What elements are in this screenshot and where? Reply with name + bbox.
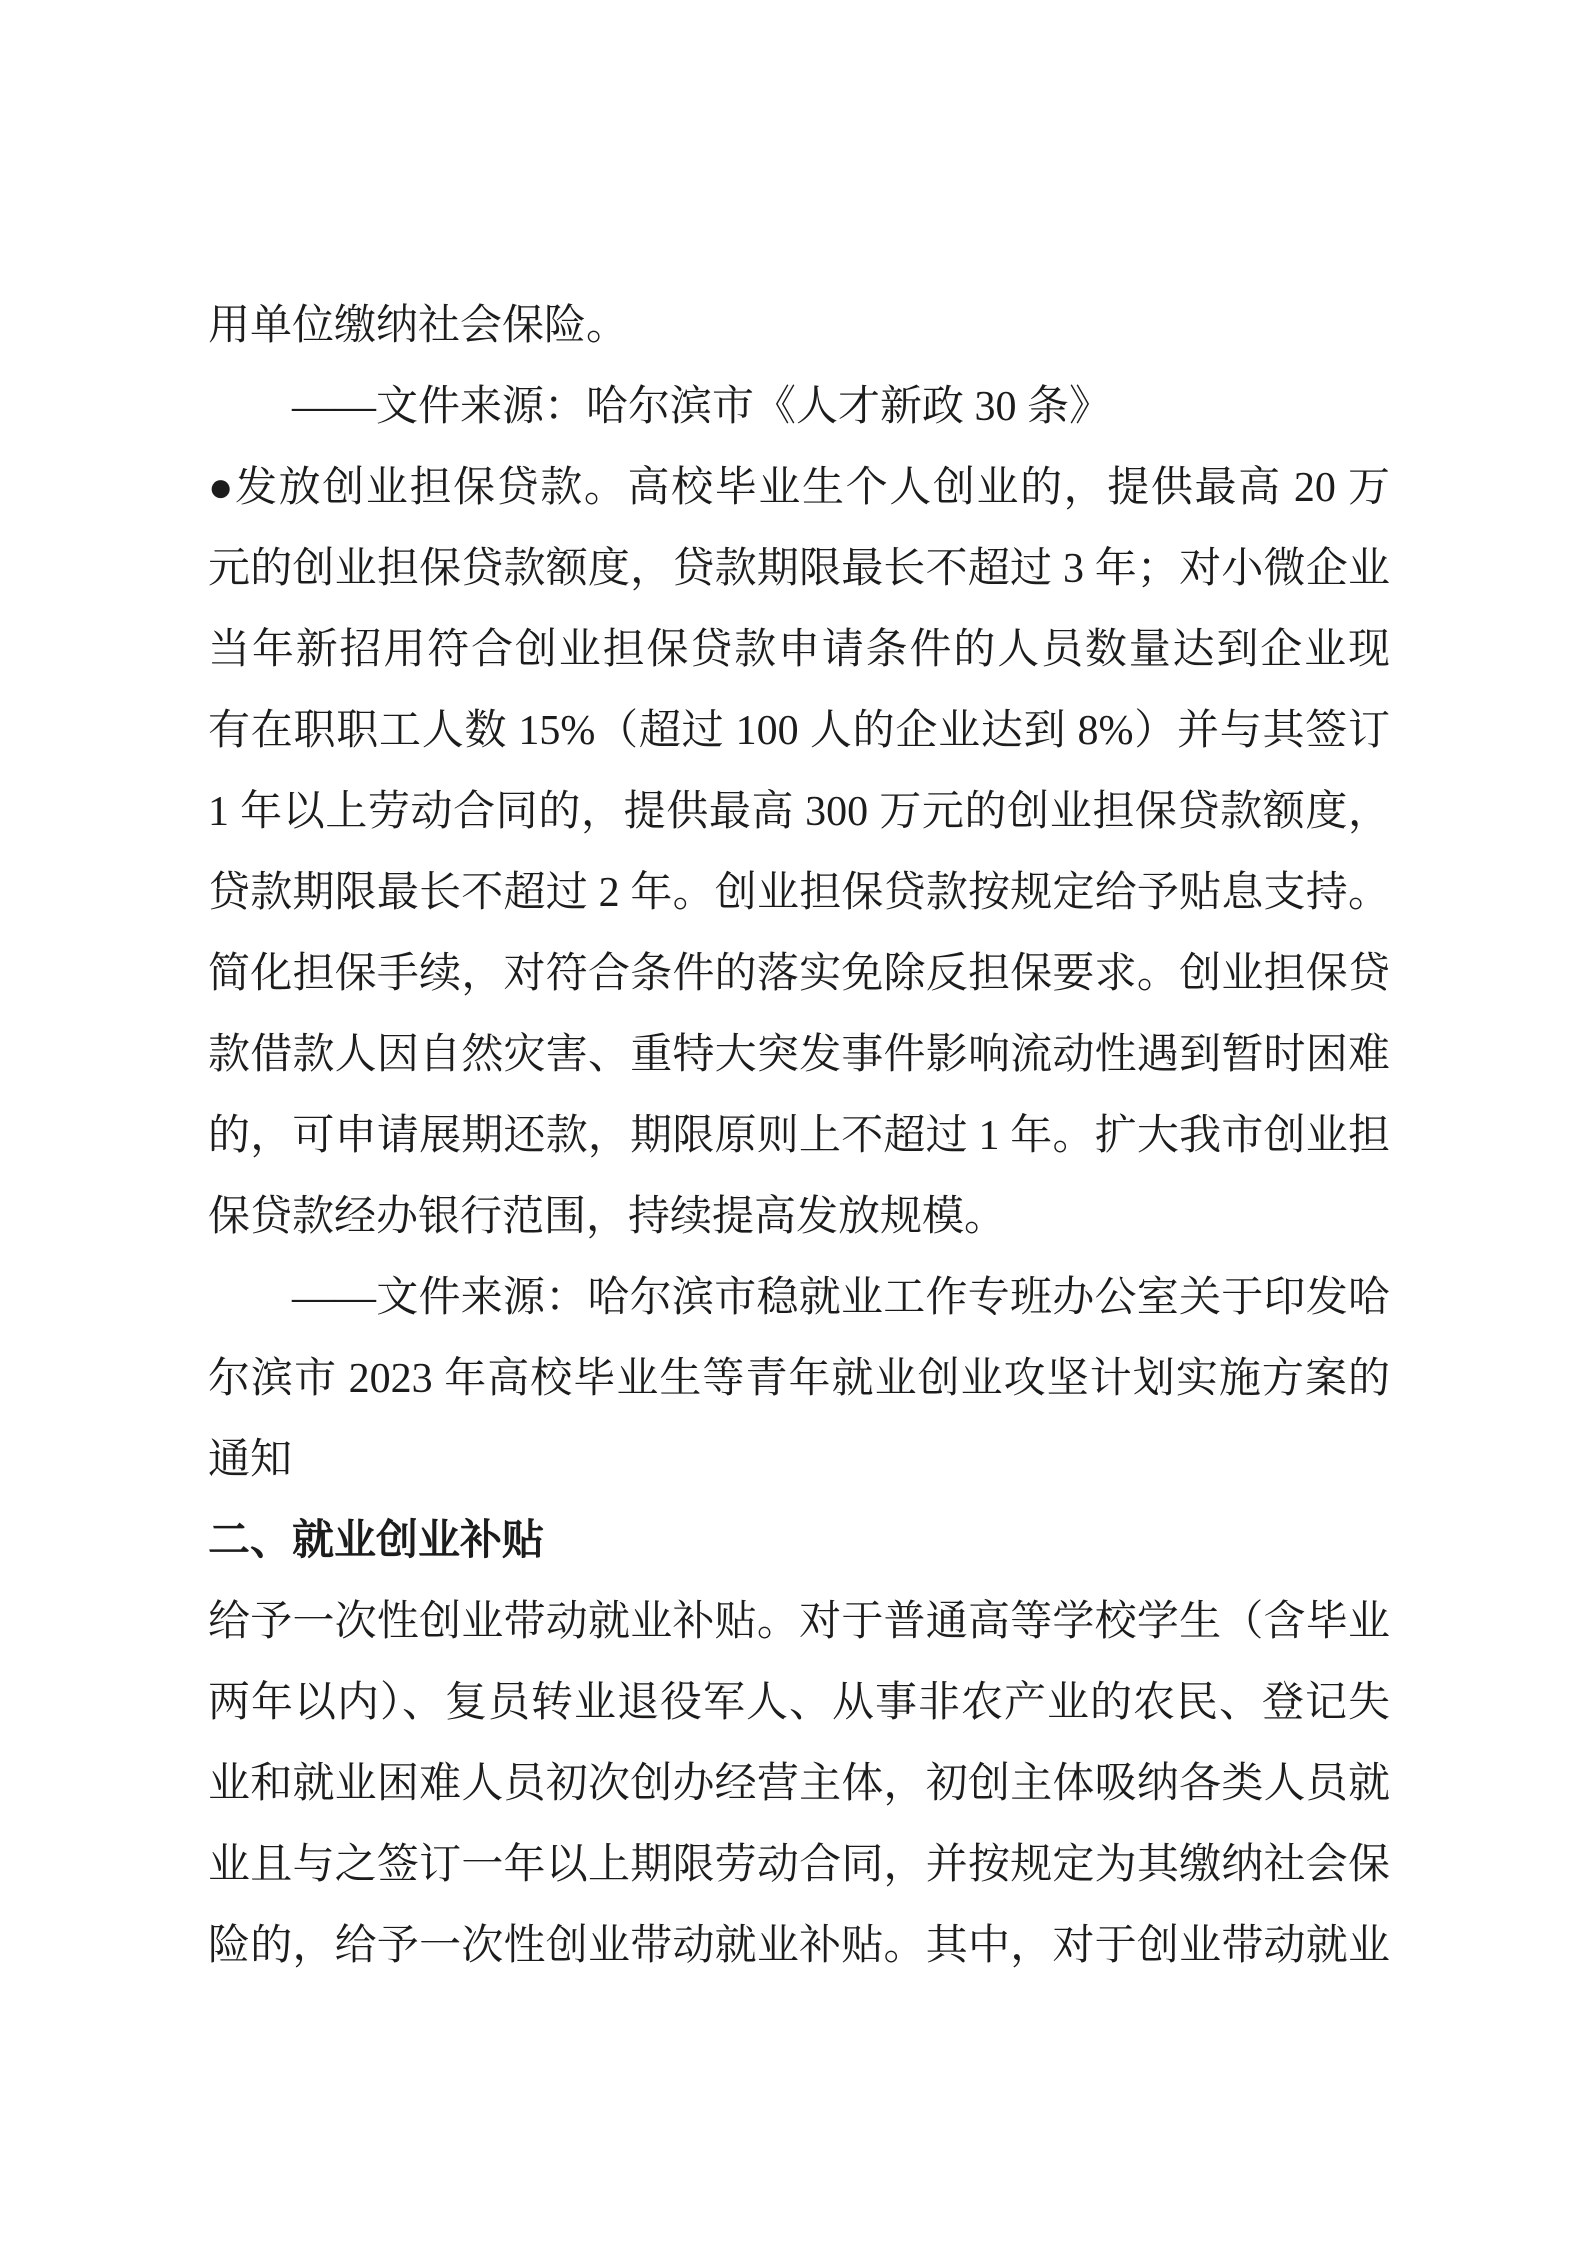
doc-line-18: 两年以内）、复员转业退役军人、从事非农产业的农民、登记失 <box>208 1663 1390 1744</box>
doc-line-9: 简化担保手续，对符合条件的落实免除反担保要求。创业担保贷 <box>208 934 1390 1015</box>
doc-line-6: 有在职职工人数 15%（超过 100 人的企业达到 8%）并与其签订 <box>208 691 1390 772</box>
doc-line-20: 业且与之签订一年以上期限劳动合同，并按规定为其缴纳社会保 <box>208 1825 1390 1906</box>
doc-line-1: 用单位缴纳社会保险。 <box>208 286 1390 367</box>
doc-line-12: 保贷款经办银行范围，持续提高发放规模。 <box>208 1177 1390 1258</box>
doc-line-17-text: 给予一次性创业带动就业补贴。对于普通高等学校学生（含毕业 <box>208 1599 1390 1645</box>
doc-line-3-bullet-item-start: ●发放创业担保贷款。高校毕业生个人创业的，提供最高 20 万 <box>208 448 1390 529</box>
doc-line-14: 尔滨市 2023 年高校毕业生等青年就业创业攻坚计划实施方案的 <box>208 1339 1390 1420</box>
doc-line-17-bullet-item-start: ●给予一次性创业带动就业补贴。对于普通高等学校学生（含毕业 <box>208 1582 1390 1663</box>
doc-line-8: 贷款期限最长不超过 2 年。创业担保贷款按规定给予贴息支持。 <box>208 853 1390 934</box>
doc-line-15: 通知 <box>208 1420 1390 1501</box>
doc-line-4: 元的创业担保贷款额度，贷款期限最长不超过 3 年；对小微企业 <box>208 529 1390 610</box>
doc-line-5: 当年新招用符合创业担保贷款申请条件的人员数量达到企业现 <box>208 610 1390 691</box>
document-page: 用单位缴纳社会保险。 ——文件来源：哈尔滨市《人才新政 30 条》 ●发放创业担… <box>0 0 1588 2245</box>
doc-line-10: 款借款人因自然灾害、重特大突发事件影响流动性遇到暂时困难 <box>208 1015 1390 1096</box>
section-heading: 二、就业创业补贴 <box>208 1501 1390 1582</box>
doc-line-13-source-citation: ——文件来源：哈尔滨市稳就业工作专班办公室关于印发哈 <box>208 1258 1390 1339</box>
doc-line-11: 的，可申请展期还款，期限原则上不超过 1 年。扩大我市创业担 <box>208 1096 1390 1177</box>
document-body: 用单位缴纳社会保险。 ——文件来源：哈尔滨市《人才新政 30 条》 ●发放创业担… <box>208 286 1390 1987</box>
doc-line-7: 1 年以上劳动合同的，提供最高 300 万元的创业担保贷款额度， <box>208 772 1390 853</box>
doc-line-21: 险的，给予一次性创业带动就业补贴。其中，对于创业带动就业 <box>208 1906 1390 1987</box>
doc-line-2-source-citation: ——文件来源：哈尔滨市《人才新政 30 条》 <box>208 367 1390 448</box>
doc-line-19: 业和就业困难人员初次创办经营主体，初创主体吸纳各类人员就 <box>208 1744 1390 1825</box>
